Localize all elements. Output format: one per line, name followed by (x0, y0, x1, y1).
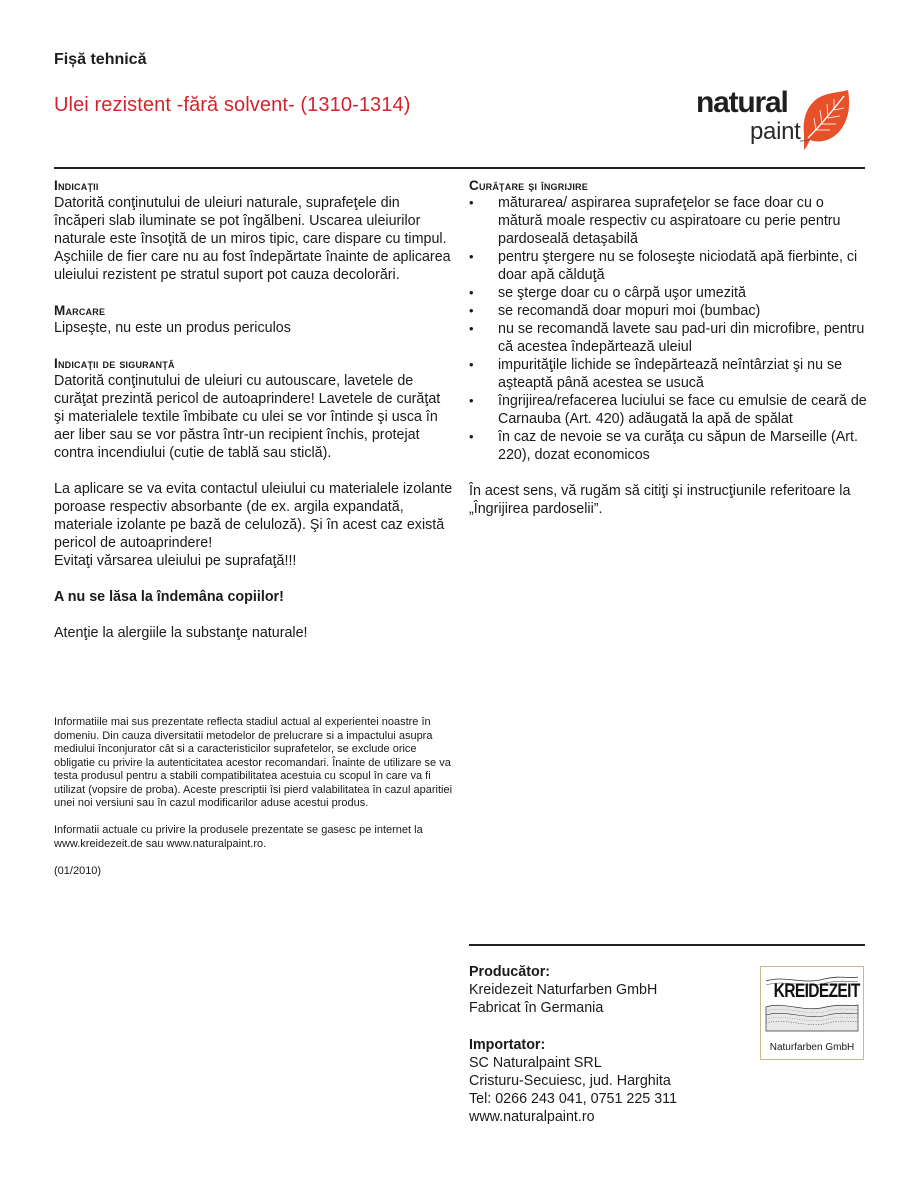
product-title: Ulei rezistent -fără solvent- (1310-1314… (54, 94, 410, 117)
logo-word-natural: natural (696, 86, 788, 120)
disclaimer-date: (01/2010) (54, 865, 454, 879)
importer-label: Importator: (469, 1036, 749, 1054)
natural-paint-logo: natural paint (696, 86, 856, 152)
section-title-siguranta: Indicaţii de siguranţă (54, 356, 454, 372)
siguranta-text-3: Evitaţi vărsarea uleiului pe suprafaţă!!… (54, 552, 454, 570)
list-item: se recomandă doar mopuri moi (bumbac) (469, 302, 869, 320)
section-title-curatare: Curăţare şi îngrijire (469, 178, 869, 194)
cleaning-list: măturarea/ aspirarea suprafeţelor se fac… (469, 194, 869, 464)
document-type-heading: Fișă tehnică (54, 51, 146, 69)
disclaimer-links-text: Informatii actuale cu privire la produse… (54, 824, 454, 851)
list-item: impurităţile lichide se îndepărtează neî… (469, 356, 869, 392)
section-title-marcare: Marcare (54, 303, 454, 319)
logo-word-paint: paint (750, 118, 801, 146)
producer-name: Kreidezeit Naturfarben GmbH (469, 981, 749, 999)
kreidezeit-wordmark: KREIDEZEIT (774, 981, 853, 1003)
allergy-warning: Atenţie la alergiile la substanţe natura… (54, 624, 454, 642)
cleaning-note: În acest sens, vă rugăm să citiţi şi ins… (469, 482, 869, 518)
importer-name: SC Naturalpaint SRL (469, 1054, 749, 1072)
disclaimer: Informatiile mai sus prezentate reflecta… (54, 716, 454, 878)
siguranta-text-1: Datorită conţinutului de uleiuri cu auto… (54, 372, 454, 462)
kreidezeit-logo: KREIDEZEIT Naturfarben GmbH (760, 966, 864, 1060)
contacts-block: Producător: Kreidezeit Naturfarben GmbH … (469, 963, 749, 1127)
list-item: măturarea/ aspirarea suprafeţelor se fac… (469, 194, 869, 248)
producer-origin: Fabricat în Germania (469, 999, 749, 1017)
indicatii-text: Datorită conţinutului de uleiuri natural… (54, 194, 454, 284)
importer-phone: Tel: 0266 243 041, 0751 225 311 (469, 1090, 749, 1108)
importer-address: Cristuru-Secuiesc, jud. Harghita (469, 1072, 749, 1090)
marcare-text: Lipseşte, nu este un produs periculos (54, 319, 454, 337)
list-item: se şterge doar cu o cârpă uşor umezită (469, 284, 869, 302)
list-item: în caz de nevoie se va curăţa cu săpun d… (469, 428, 869, 464)
list-item: pentru ştergere nu se foloseşte niciodat… (469, 248, 869, 284)
left-column: Indicaţii Datorită conţinutului de uleiu… (54, 177, 454, 642)
leaf-icon (800, 88, 852, 150)
producer-label: Producător: (469, 963, 749, 981)
disclaimer-text: Informatiile mai sus prezentate reflecta… (54, 716, 454, 811)
siguranta-text-2: La aplicare se va evita contactul uleiul… (54, 480, 454, 552)
right-column: Curăţare şi îngrijire măturarea/ aspirar… (469, 177, 869, 518)
kreidezeit-subtitle: Naturfarben GmbH (761, 1042, 863, 1053)
footer-divider (469, 944, 865, 946)
children-warning: A nu se lăsa la îndemâna copiilor! (54, 588, 454, 606)
header-divider (54, 167, 865, 169)
importer-website: www.naturalpaint.ro (469, 1108, 749, 1126)
list-item: nu se recomandă lavete sau pad-uri din m… (469, 320, 869, 356)
list-item: îngrijirea/refacerea luciului se face cu… (469, 392, 869, 428)
section-title-indicatii: Indicaţii (54, 178, 454, 194)
